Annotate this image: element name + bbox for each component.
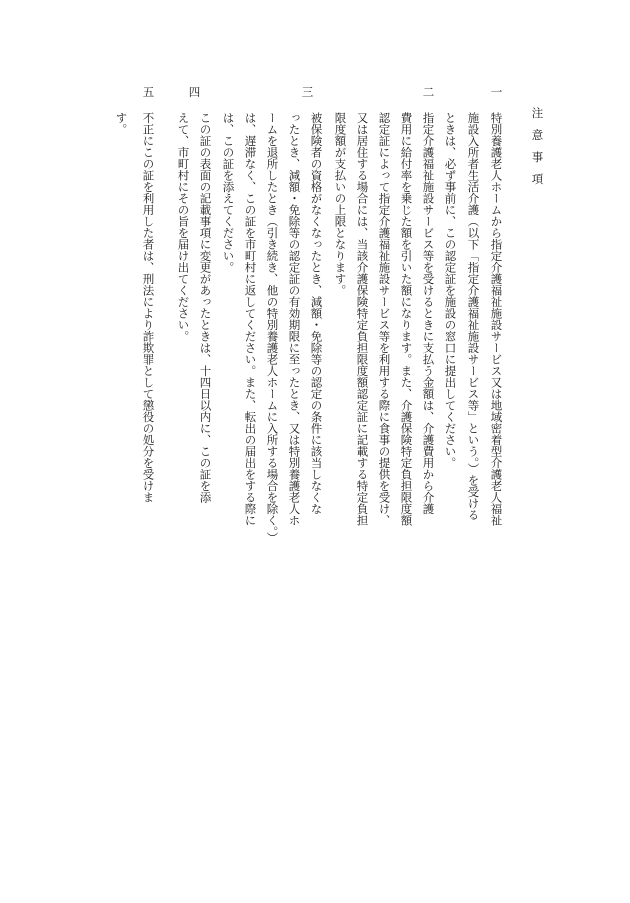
item-2-line-1: 指定介護福祉施設サービス等を受けるときに支払う金額は、介護費用から介護 [422,112,434,515]
item-4-line-1: この証の表面の記載事項に変更があったときは、十四日以内に、この証を添 [199,112,211,503]
item-5-line-1: 不正にこの証を利用した者は、刑法により詐欺罪として懲役の処分を受けま [142,112,154,503]
item-3-line-2: ったとき、減額・免除等の認定証の有効期限に至ったとき、又は特別養護老人ホ [288,112,300,526]
item-3-line-5: は、この証を添えてください。 [222,112,234,273]
item-1-line-3: ときは、必ず事前に、この認定証を施設の窓口に提出してください。 [444,112,456,469]
item-number-5: 五 [142,86,154,98]
item-2-line-2: 費用に給付率を乗じた額を引いた額になります。また、介護保険特定負担限度額 [400,112,412,526]
item-number-2: 二 [422,86,434,98]
item-number-1: 一 [490,86,502,98]
item-number-4: 四 [188,86,200,98]
document-title: 注意事項 [531,107,543,195]
item-1-line-1: 特別養護老人ホームから指定介護福祉施設サービス又は地域密着型介護老人福祉 [490,112,502,526]
item-1-line-2: 施設入所者生活介護（以下「指定介護福祉施設サービス等」という。）を受ける [467,112,479,520]
item-4-line-2: えて、市町村にその旨を届け出てください。 [177,112,189,342]
item-3-line-1: 被保険者の資格がなくなったとき、減額・免除等の認定の条件に該当しなくな [310,112,322,515]
item-5-line-2: す。 [115,112,127,135]
item-2-line-5: 限度額が支払いの上限となります。 [334,112,346,296]
item-2-line-4: 又は居住する場合には、当該介護保険特定負担限度額認定証に記載する特定負担 [356,112,368,526]
item-2-line-3: 認定証によって指定介護福祉施設サービス等を利用する際に食事の提供を受け、 [378,112,390,526]
item-number-3: 三 [301,86,313,98]
item-3-line-3: ームを退所したとき（引き続き、他の特別養護老人ホームに入所する場合を除く。） [266,112,278,543]
item-3-line-4: は、遅滞なく、この証を市町村に返してください。また、転出の届出をする際に [244,112,256,526]
